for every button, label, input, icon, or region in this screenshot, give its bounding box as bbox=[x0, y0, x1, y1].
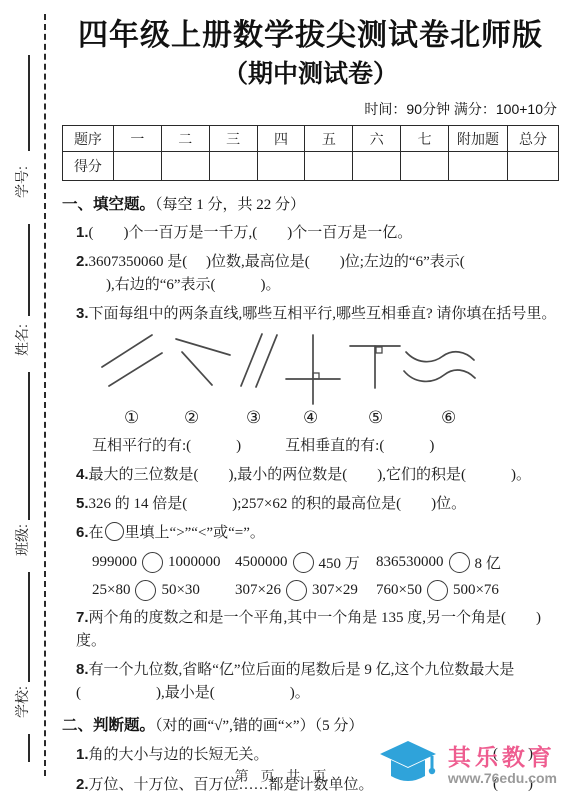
score-cell bbox=[257, 152, 305, 181]
figure-group-4 bbox=[286, 335, 340, 404]
question-number: 6. bbox=[76, 524, 89, 541]
question-number: 7. bbox=[76, 609, 89, 626]
compare-circle-icon bbox=[286, 580, 307, 601]
section1-heading-note: （每空 1 分，共 22 分） bbox=[155, 197, 305, 213]
question-text: 两个角的度数之和是一个平角,其中一个角是 135 度,另一个角是( )度。 bbox=[76, 610, 541, 649]
comparison-item: 4500000450 万 bbox=[235, 552, 376, 573]
score-cell bbox=[209, 152, 257, 181]
table-header-cell: 二 bbox=[161, 126, 209, 152]
score-cell bbox=[161, 152, 209, 181]
comparison-row-2: 25×8050×30 307×26307×29 760×50500×76 bbox=[92, 580, 559, 601]
figure-label-2: ② bbox=[184, 408, 199, 428]
question-3: 3.下面每组中的两条直线,哪些互相平行,哪些互相垂直? 请你填在括号里。 bbox=[76, 302, 559, 326]
comparison-row-1: 9990001000000 4500000450 万 8365300008 亿 bbox=[92, 552, 559, 573]
question-text: 最大的三位数是( ),最小的两位数是( ),它们的积是( )。 bbox=[89, 467, 531, 483]
compare-right: 500×76 bbox=[453, 582, 499, 599]
figure-labels-row: ① ② ③ ④ ⑤ ⑥ bbox=[92, 408, 532, 430]
judge-text: 1.角的大小与边的长短无关。 bbox=[76, 743, 269, 767]
question-7: 7.两个角的度数之和是一个平角,其中一个角是 135 度,另一个角是( )度。 bbox=[76, 606, 559, 653]
question-number: 2. bbox=[76, 253, 89, 270]
compare-left: 25×80 bbox=[92, 582, 130, 599]
comparison-item: 8365300008 亿 bbox=[376, 552, 501, 573]
question-text: 下面每组中的两条直线,哪些互相平行,哪些互相垂直? 请你填在括号里。 bbox=[89, 306, 557, 322]
compare-circle-icon bbox=[293, 552, 314, 573]
seal-line-segment bbox=[28, 734, 30, 762]
seal-line-segment bbox=[28, 55, 30, 151]
table-header-cell: 总分 bbox=[507, 126, 558, 152]
brand-text-block: 其乐教育 www.76edu.com bbox=[448, 744, 557, 787]
score-cell bbox=[507, 152, 558, 181]
sidebar-label-student-id: 学号: bbox=[12, 152, 32, 212]
table-header-cell: 四 bbox=[257, 126, 305, 152]
question-1: 1.( )个一百万是一千万,( )个一百万是一亿。 bbox=[76, 221, 559, 245]
table-header-cell: 题序 bbox=[63, 126, 114, 152]
brand-url: www.76edu.com bbox=[448, 770, 557, 787]
compare-circle-icon bbox=[105, 522, 124, 541]
compare-left: 307×26 bbox=[235, 582, 281, 599]
question-6: 6.在里填上“>”“<”或“=”。 bbox=[76, 521, 559, 545]
score-cell bbox=[401, 152, 449, 181]
question-number: 1. bbox=[76, 746, 89, 763]
section2-heading-note: （对的画“√”,错的画“×”）（5 分） bbox=[155, 718, 363, 734]
table-header-cell: 五 bbox=[305, 126, 353, 152]
score-table: 题序 一 二 三 四 五 六 七 附加题 总分 得分 bbox=[62, 125, 559, 181]
figure-label-3: ③ bbox=[246, 408, 261, 428]
page-title: 四年级上册数学拔尖测试卷北师版 bbox=[62, 16, 559, 56]
question-text: 3607350060 是( )位数,最高位是( )位;左边的“6”表示( ),右… bbox=[76, 254, 465, 293]
compare-right: 307×29 bbox=[312, 582, 358, 599]
table-header-cell: 六 bbox=[353, 126, 401, 152]
question-4: 4.最大的三位数是( ),最小的两位数是( ),它们的积是( )。 bbox=[76, 463, 559, 487]
figure-group-3 bbox=[241, 334, 277, 387]
score-table-header-row: 题序 一 二 三 四 五 六 七 附加题 总分 bbox=[63, 126, 559, 152]
score-cell bbox=[113, 152, 161, 181]
question-8: 8.有一个九位数,省略“亿”位后面的尾数后是 9 亿,这个九位数最大是 ( ),… bbox=[76, 658, 559, 705]
parallel-answer: 互相平行的有:( ) bbox=[92, 438, 241, 454]
score-cell bbox=[449, 152, 508, 181]
compare-left: 760×50 bbox=[376, 582, 422, 599]
figure-label-6: ⑥ bbox=[441, 408, 456, 428]
compare-left: 999000 bbox=[92, 554, 137, 571]
figure-group-1 bbox=[102, 335, 162, 386]
question-number: 4. bbox=[76, 466, 89, 483]
compare-circle-icon bbox=[427, 580, 448, 601]
figure-group-5 bbox=[350, 346, 400, 388]
exam-paper: 四年级上册数学拔尖测试卷北师版 （期中测试卷） 时间：90分钟 满分：100+1… bbox=[62, 16, 559, 797]
question-number: 8. bbox=[76, 661, 89, 678]
figure-label-1: ① bbox=[124, 408, 139, 428]
comparison-item: 25×8050×30 bbox=[92, 580, 235, 601]
compare-right: 1000000 bbox=[168, 554, 221, 571]
sidebar-label-school: 学校: bbox=[12, 672, 32, 732]
question-text: 326 的 14 倍是( );257×62 的积的最高位是( )位。 bbox=[89, 496, 467, 512]
figure-label-4: ④ bbox=[303, 408, 318, 428]
perpendicular-answer: 互相垂直的有:( ) bbox=[285, 438, 434, 454]
question-number: 3. bbox=[76, 305, 89, 322]
question-number: 5. bbox=[76, 495, 89, 512]
question-2: 2.3607350060 是( )位数,最高位是( )位;左边的“6”表示( )… bbox=[76, 250, 559, 297]
question-5: 5.326 的 14 倍是( );257×62 的积的最高位是( )位。 bbox=[76, 492, 559, 516]
compare-circle-icon bbox=[142, 552, 163, 573]
comparison-item: 9990001000000 bbox=[92, 552, 235, 573]
compare-left: 4500000 bbox=[235, 554, 288, 571]
figure-label-5: ⑤ bbox=[368, 408, 383, 428]
score-row-label: 得分 bbox=[63, 152, 114, 181]
section1-heading: 一、填空题。（每空 1 分，共 22 分） bbox=[62, 194, 559, 216]
line-pairs-figure bbox=[92, 330, 532, 408]
question-text: 在 bbox=[89, 525, 104, 541]
binding-dashed-line bbox=[44, 14, 46, 776]
page-subtitle: （期中测试卷） bbox=[62, 58, 559, 90]
figure-group-2 bbox=[176, 339, 230, 385]
comparison-item: 760×50500×76 bbox=[376, 580, 499, 601]
table-header-cell: 附加题 bbox=[449, 126, 508, 152]
score-cell bbox=[353, 152, 401, 181]
seal-line-segment bbox=[28, 572, 30, 682]
score-cell bbox=[305, 152, 353, 181]
table-header-cell: 三 bbox=[209, 126, 257, 152]
brand-logo: 其乐教育 www.76edu.com bbox=[378, 738, 557, 792]
question-text: 里填上“>”“<”或“=”。 bbox=[125, 525, 265, 541]
section1-heading-title: 一、填空题。 bbox=[62, 196, 155, 213]
compare-left: 836530000 bbox=[376, 554, 444, 571]
section2-heading-title: 二、判断题。 bbox=[62, 717, 155, 734]
brand-name: 其乐教育 bbox=[448, 744, 557, 770]
section2-heading: 二、判断题。（对的画“√”,错的画“×”）（5 分） bbox=[62, 715, 559, 737]
score-table-score-row: 得分 bbox=[63, 152, 559, 181]
table-header-cell: 一 bbox=[113, 126, 161, 152]
seal-line-segment bbox=[28, 372, 30, 520]
exam-meta: 时间：90分钟 满分：100+10分 bbox=[62, 99, 559, 119]
figure-group-6 bbox=[404, 352, 475, 382]
compare-right: 50×30 bbox=[161, 582, 199, 599]
compare-circle-icon bbox=[135, 580, 156, 601]
sidebar-label-name: 姓名: bbox=[12, 310, 32, 370]
compare-right: 450 万 bbox=[319, 552, 360, 573]
question-3-answer-line: 互相平行的有:( )互相垂直的有:( ) bbox=[92, 435, 559, 458]
table-header-cell: 七 bbox=[401, 126, 449, 152]
sidebar-label-class: 班级: bbox=[12, 510, 32, 570]
compare-right: 8 亿 bbox=[475, 552, 501, 573]
question-text: 角的大小与边的长短无关。 bbox=[89, 747, 269, 763]
question-number: 1. bbox=[76, 224, 89, 241]
question-text: 有一个九位数,省略“亿”位后面的尾数后是 9 亿,这个九位数最大是 ( ),最小… bbox=[76, 662, 514, 701]
graduation-cap-icon bbox=[378, 738, 440, 792]
compare-circle-icon bbox=[449, 552, 470, 573]
line-pairs-svg bbox=[92, 330, 532, 408]
comparison-item: 307×26307×29 bbox=[235, 580, 376, 601]
question-text: ( )个一百万是一千万,( )个一百万是一亿。 bbox=[89, 225, 413, 241]
seal-line-segment bbox=[28, 224, 30, 316]
